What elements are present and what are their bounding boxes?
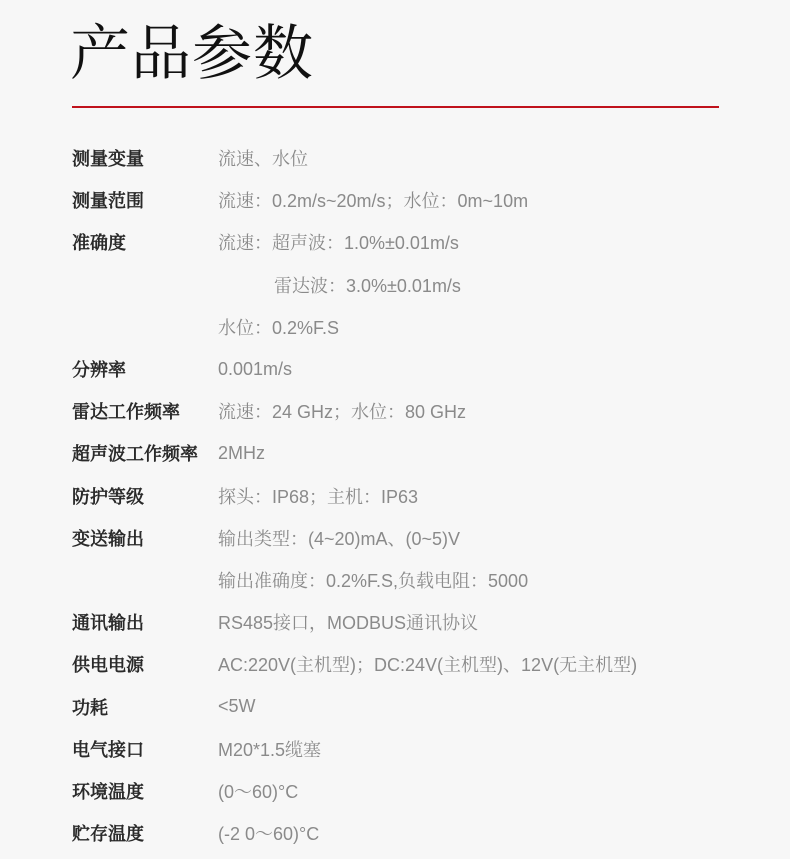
spec-value: 输出准确度：0.2%F.S,负载电阻：5000 [218, 567, 528, 593]
spec-value: 雷达波：3.0%±0.01m/s [218, 272, 461, 298]
spec-label: 环境温度 [72, 778, 218, 804]
spec-label: 通讯输出 [72, 609, 218, 635]
spec-value: 流速：24 GHz；水位：80 GHz [218, 398, 466, 424]
spec-value: (0～60)°C [218, 778, 298, 804]
spec-value: M20*1.5缆塞 [218, 736, 321, 762]
spec-row-protection-class: 防护等级 探头：IP68；主机：IP63 [72, 475, 722, 517]
spec-value: 流速、水位 [218, 145, 308, 171]
spec-row-radar-frequency: 雷达工作频率 流速：24 GHz；水位：80 GHz [72, 390, 722, 432]
spec-value: 水位：0.2%F.S [218, 314, 339, 340]
spec-row-ambient-temperature: 环境温度 (0～60)°C [72, 770, 722, 812]
spec-table: 测量变量 流速、水位 测量范围 流速：0.2m/s~20m/s；水位：0m~10… [72, 137, 722, 854]
spec-label: 雷达工作频率 [72, 398, 218, 424]
spec-row-accuracy: 准确度 流速：超声波：1.0%±0.01m/s [72, 221, 722, 263]
spec-row-output-accuracy: 输出准确度：0.2%F.S,负载电阻：5000 [72, 559, 722, 601]
spec-value: RS485接口，MODBUS通讯协议 [218, 609, 478, 635]
spec-row-power-consumption: 功耗 <5W [72, 685, 722, 727]
spec-label: 电气接口 [72, 736, 218, 762]
spec-row-accuracy-level: 水位：0.2%F.S [72, 306, 722, 348]
spec-value: 探头：IP68；主机：IP63 [218, 483, 418, 509]
spec-row-storage-temperature: 贮存温度 (-2 0～60)°C [72, 812, 722, 854]
title-divider [72, 106, 719, 108]
spec-label: 测量变量 [72, 145, 218, 171]
spec-row-transmitter-output: 变送输出 输出类型：(4~20)mA、(0~5)V [72, 517, 722, 559]
spec-label: 供电电源 [72, 651, 218, 677]
spec-label: 防护等级 [72, 483, 218, 509]
spec-row-power-supply: 供电电源 AC:220V(主机型)；DC:24V(主机型)、12V(无主机型) [72, 643, 722, 685]
spec-label: 测量范围 [72, 187, 218, 213]
spec-label: 功耗 [72, 694, 218, 720]
spec-label: 分辨率 [72, 356, 218, 382]
spec-label: 变送输出 [72, 525, 218, 551]
spec-row-resolution: 分辨率 0.001m/s [72, 348, 722, 390]
spec-value: AC:220V(主机型)；DC:24V(主机型)、12V(无主机型) [218, 651, 637, 677]
page-title: 产品参数 [70, 14, 314, 94]
spec-label: 准确度 [72, 229, 218, 255]
spec-row-measuring-range: 测量范围 流速：0.2m/s~20m/s；水位：0m~10m [72, 179, 722, 221]
spec-row-electrical-interface: 电气接口 M20*1.5缆塞 [72, 728, 722, 770]
spec-row-accuracy-radar: 雷达波：3.0%±0.01m/s [72, 264, 722, 306]
spec-value: 0.001m/s [218, 359, 292, 380]
spec-value: 流速：超声波：1.0%±0.01m/s [218, 229, 459, 255]
spec-value: 流速：0.2m/s~20m/s；水位：0m~10m [218, 187, 528, 213]
spec-value: 2MHz [218, 443, 265, 464]
spec-row-ultrasonic-frequency: 超声波工作频率 2MHz [72, 432, 722, 474]
spec-label: 超声波工作频率 [72, 440, 218, 466]
spec-value: <5W [218, 696, 256, 717]
spec-value: (-2 0～60)°C [218, 820, 319, 846]
spec-value: 输出类型：(4~20)mA、(0~5)V [218, 525, 460, 551]
spec-label: 贮存温度 [72, 820, 218, 846]
spec-row-communication: 通讯输出 RS485接口，MODBUS通讯协议 [72, 601, 722, 643]
spec-row-measured-variable: 测量变量 流速、水位 [72, 137, 722, 179]
